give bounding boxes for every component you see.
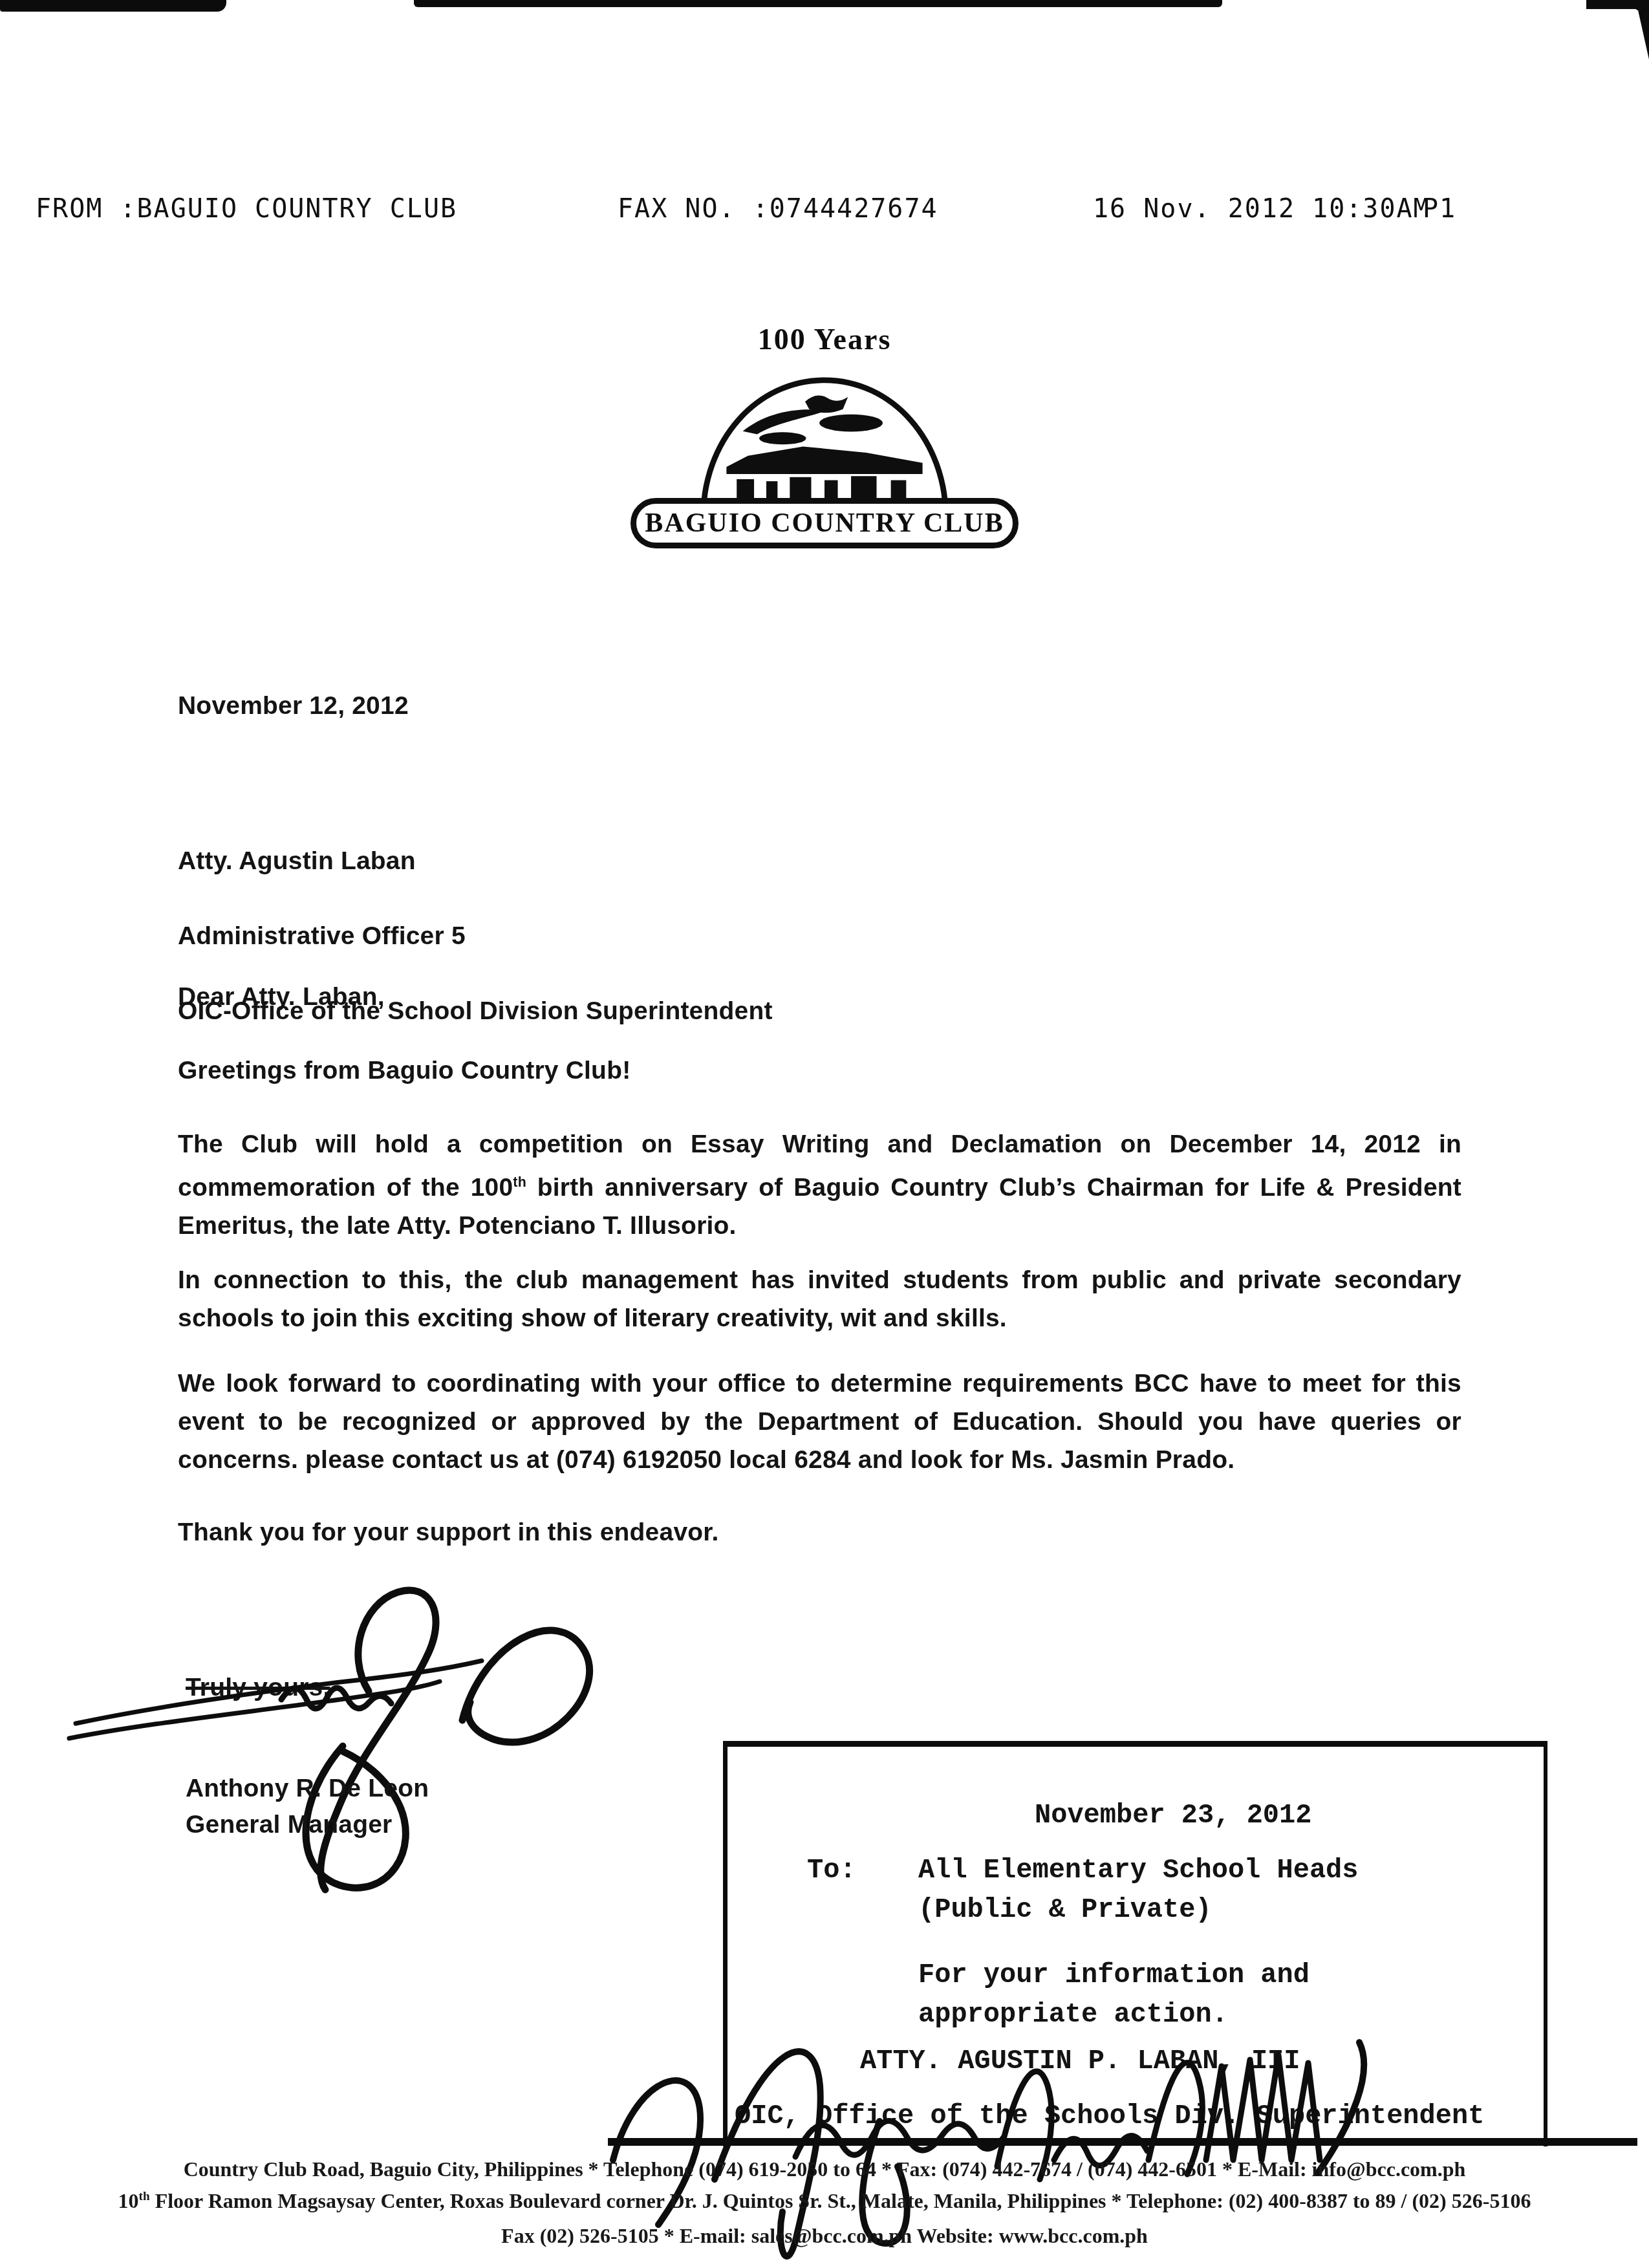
fax-header-datetime: 16 Nov. 2012 10:30AM (1093, 194, 1430, 224)
footer-line-2: 10th Floor Ramon Magsaysay Center, Roxas… (0, 2189, 1649, 2213)
stamp-to-line2: (Public & Private) (918, 1894, 1212, 1925)
paragraph-1-superscript: th (513, 1174, 526, 1190)
bcc-logo-emblem: 100 Years BAGUIO COUNTRY CLUB (630, 322, 1018, 581)
stamp-date: November 23, 2012 (1035, 1800, 1311, 1831)
recipient-name: Atty. Agustin Laban (178, 843, 1461, 880)
signatory-title: General Manager (186, 1806, 392, 1844)
letter-date: November 12, 2012 (178, 687, 1461, 725)
general-manager-signature (68, 1584, 605, 1927)
signatory-name: Anthony R. De Leon (186, 1769, 429, 1808)
footer-line-1: Country Club Road, Baguio City, Philippi… (0, 2157, 1649, 2181)
logo-banner: BAGUIO COUNTRY CLUB (630, 498, 1018, 548)
fax-header-page-number: P1 (1423, 194, 1456, 224)
footer-line-2-superscript: th (139, 2190, 150, 2203)
recipient-block: Atty. Agustin Laban Administrative Offic… (178, 805, 1461, 1068)
fax-page: FROM :BAGUIO COUNTRY CLUB FAX NO. :07444… (0, 0, 1649, 2268)
footer-line-3: Fax (02) 526-5105 * E-mail: sales@bcc.co… (0, 2224, 1649, 2248)
body-paragraph-1: The Club will hold a competition on Essa… (178, 1125, 1461, 1245)
greeting-line: Greetings from Baguio Country Club! (178, 1052, 1461, 1090)
scan-artifact-top-middle (414, 0, 1222, 7)
footer-line-2-text: Floor Ramon Magsaysay Center, Roxas Boul… (150, 2189, 1531, 2212)
fax-header-from: FROM :BAGUIO COUNTRY CLUB (36, 194, 457, 224)
body-paragraph-3: We look forward to coordinating with you… (178, 1365, 1461, 1479)
closing-line: Thank you for your support in this endea… (178, 1513, 1461, 1551)
scan-artifact-top-left (0, 0, 226, 12)
body-paragraph-2: In connection to this, the club manageme… (178, 1261, 1461, 1337)
salutation: Dear Atty. Laban, (178, 978, 1461, 1016)
recipient-title: Administrative Officer 5 (178, 918, 1461, 955)
fax-header-number: FAX NO. :0744427674 (618, 194, 938, 224)
logo-banner-label: BAGUIO COUNTRY CLUB (645, 508, 1004, 538)
stamp-to-label: To: (807, 1855, 856, 1886)
stamp-to-line1: All Elementary School Heads (918, 1855, 1359, 1886)
footer-line-2-number: 10 (118, 2189, 139, 2212)
